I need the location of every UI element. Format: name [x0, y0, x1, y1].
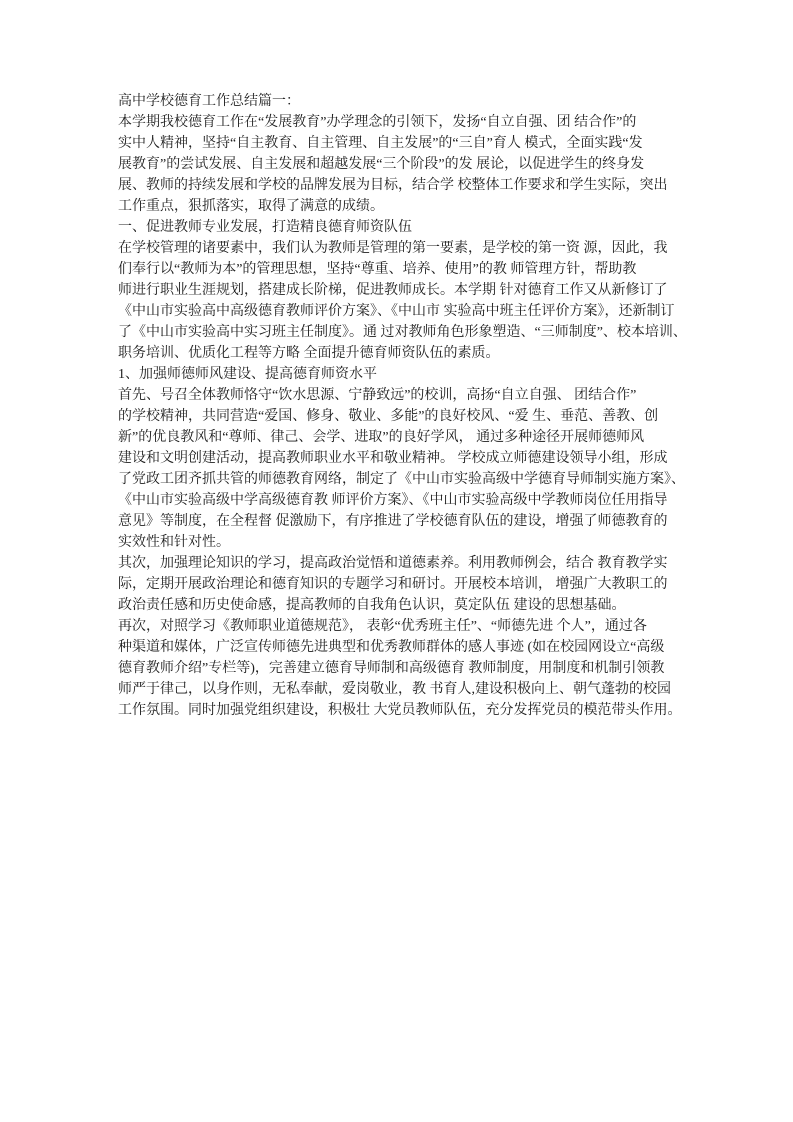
paragraph-model-recognition: 再次，对照学习《教师职业道德规范》， 表彰“优秀班主任”、“师德先进 个人”，通… [118, 616, 785, 721]
section-heading-teacher-development: 一、促进教师专业发展，打造精良德育师资队伍 [118, 217, 785, 238]
document-title: 高中学校德育工作总结篇一： [118, 91, 785, 112]
subsection-heading-shide-construction: 1、加强师德师风建设、提高德育师资水平 [118, 364, 785, 385]
paragraph-theory-study: 其次，加强理论知识的学习，提高政治觉悟和道德素养。利用教师例会，结合 教育教学实… [118, 553, 785, 616]
paragraph-shide-construction: 首先、号召全体教师恪守“饮水思源、宁静致远”的校训，高扬“自立自强、 团结合作”… [118, 385, 785, 553]
document-page: { "page": { "background": "#ffffff", "te… [0, 0, 793, 1122]
document-body: 高中学校德育工作总结篇一： 本学期我校德育工作在“发展教育”办学理念的引领下，发… [0, 0, 793, 721]
paragraph-teacher-development: 在学校管理的诸要素中，我们认为教师是管理的第一要素，是学校的第一资 源，因此，我… [118, 238, 785, 364]
paragraph-intro: 本学期我校德育工作在“发展教育”办学理念的引领下，发扬“自立自强、团 结合作”的… [118, 112, 785, 217]
